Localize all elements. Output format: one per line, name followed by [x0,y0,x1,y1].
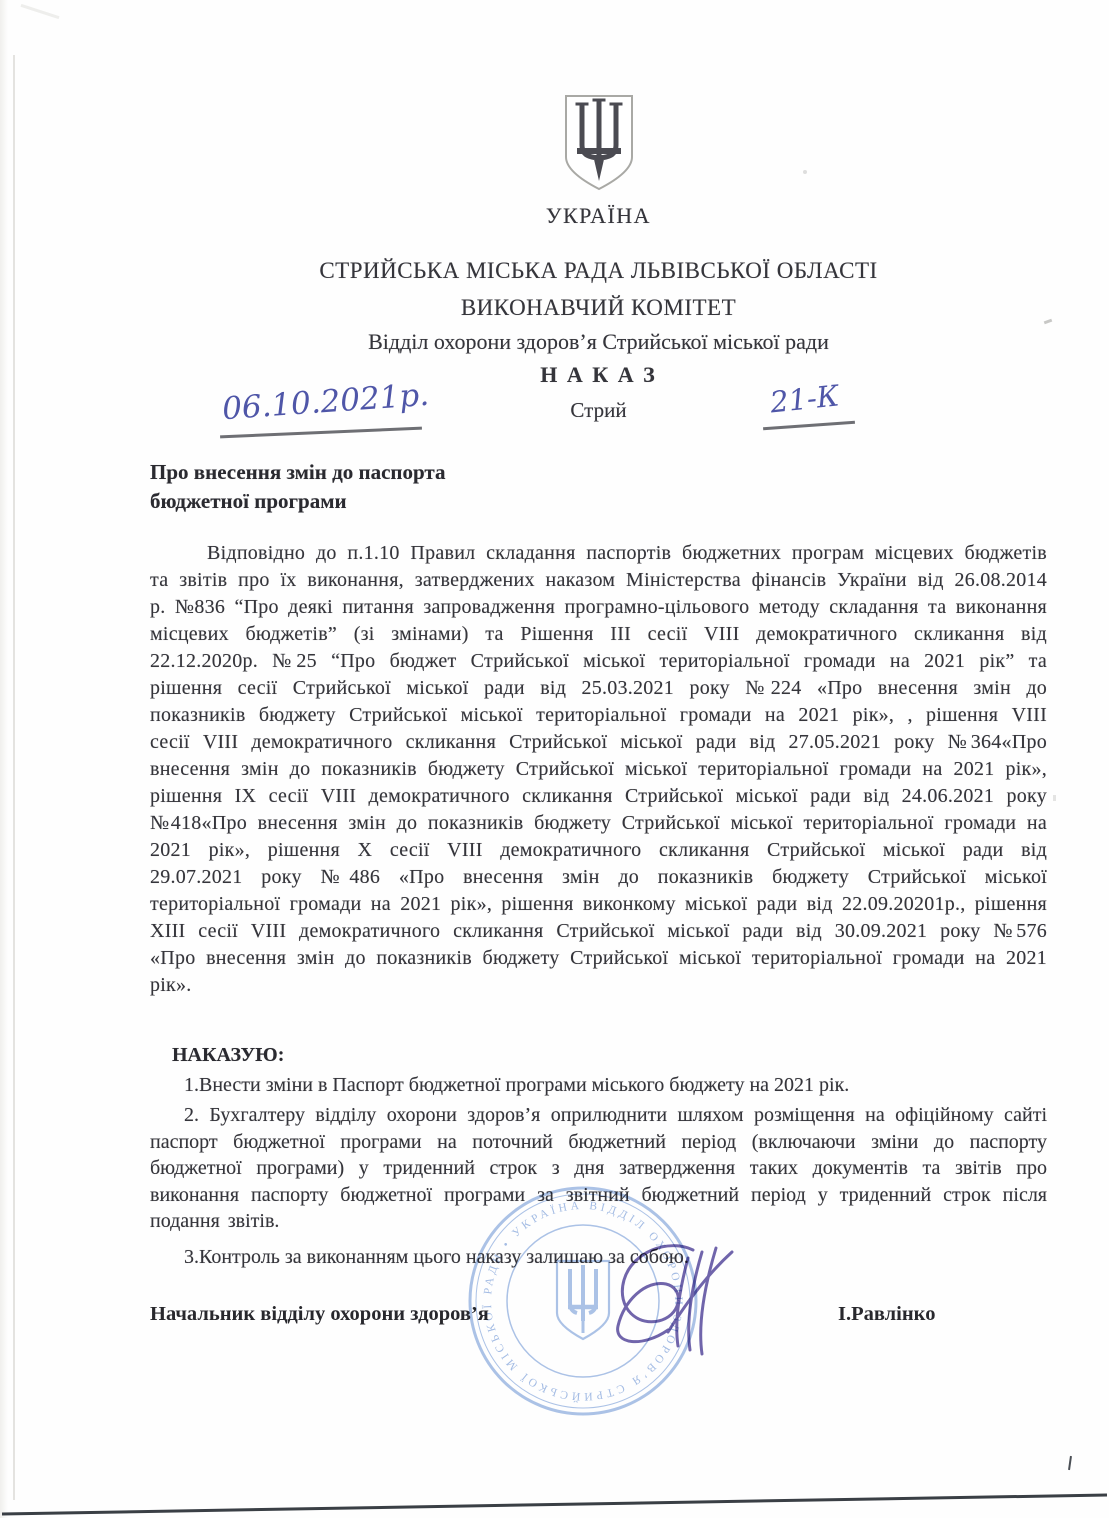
subject-line-2: бюджетної програми [150,487,446,516]
scan-edge-shade [0,0,8,1518]
handwritten-signature [580,1228,765,1373]
country-title: УКРАЇНА [150,203,1047,229]
executive-committee-line: ВИКОНАВЧИЙ КОМІТЕТ [150,295,1047,321]
order-item-1: 1.Внести зміни в Паспорт бюджетної прогр… [184,1074,849,1097]
department-line: Відділ охорони здоров’я Стрийської міськ… [150,329,1047,355]
handwritten-document-number: 21-К [768,378,840,419]
scan-edge-line [13,55,15,1500]
subject-heading: Про внесення змін до паспорта бюджетної … [150,458,446,516]
order-lead: НАКАЗУЮ: [172,1044,284,1067]
signer-position-title: Начальник відділу охорони здоров’я [150,1303,489,1326]
subject-line-1: Про внесення змін до паспорта [150,458,446,487]
scan-speck [1053,795,1056,801]
scan-corner-mark [21,4,60,19]
ukraine-trident-emblem [561,93,637,193]
scan-tick-mark [1068,1456,1072,1470]
organization-name: СТРИЙСЬКА МІСЬКА РАДА ЛЬВІВСЬКОЇ ОБЛАСТІ [150,258,1047,284]
date-fill-line [220,427,422,438]
place-name: Стрий [150,398,1047,423]
scanned-document-page: { "header": { "country": "УКРАЇНА", "org… [0,0,1109,1518]
document-type-title: Н А К А З [150,362,1047,388]
signer-name: І.Равлінко [838,1303,935,1326]
preamble-paragraph: Відповідно до п.1.10 Правил складання па… [150,540,1047,999]
